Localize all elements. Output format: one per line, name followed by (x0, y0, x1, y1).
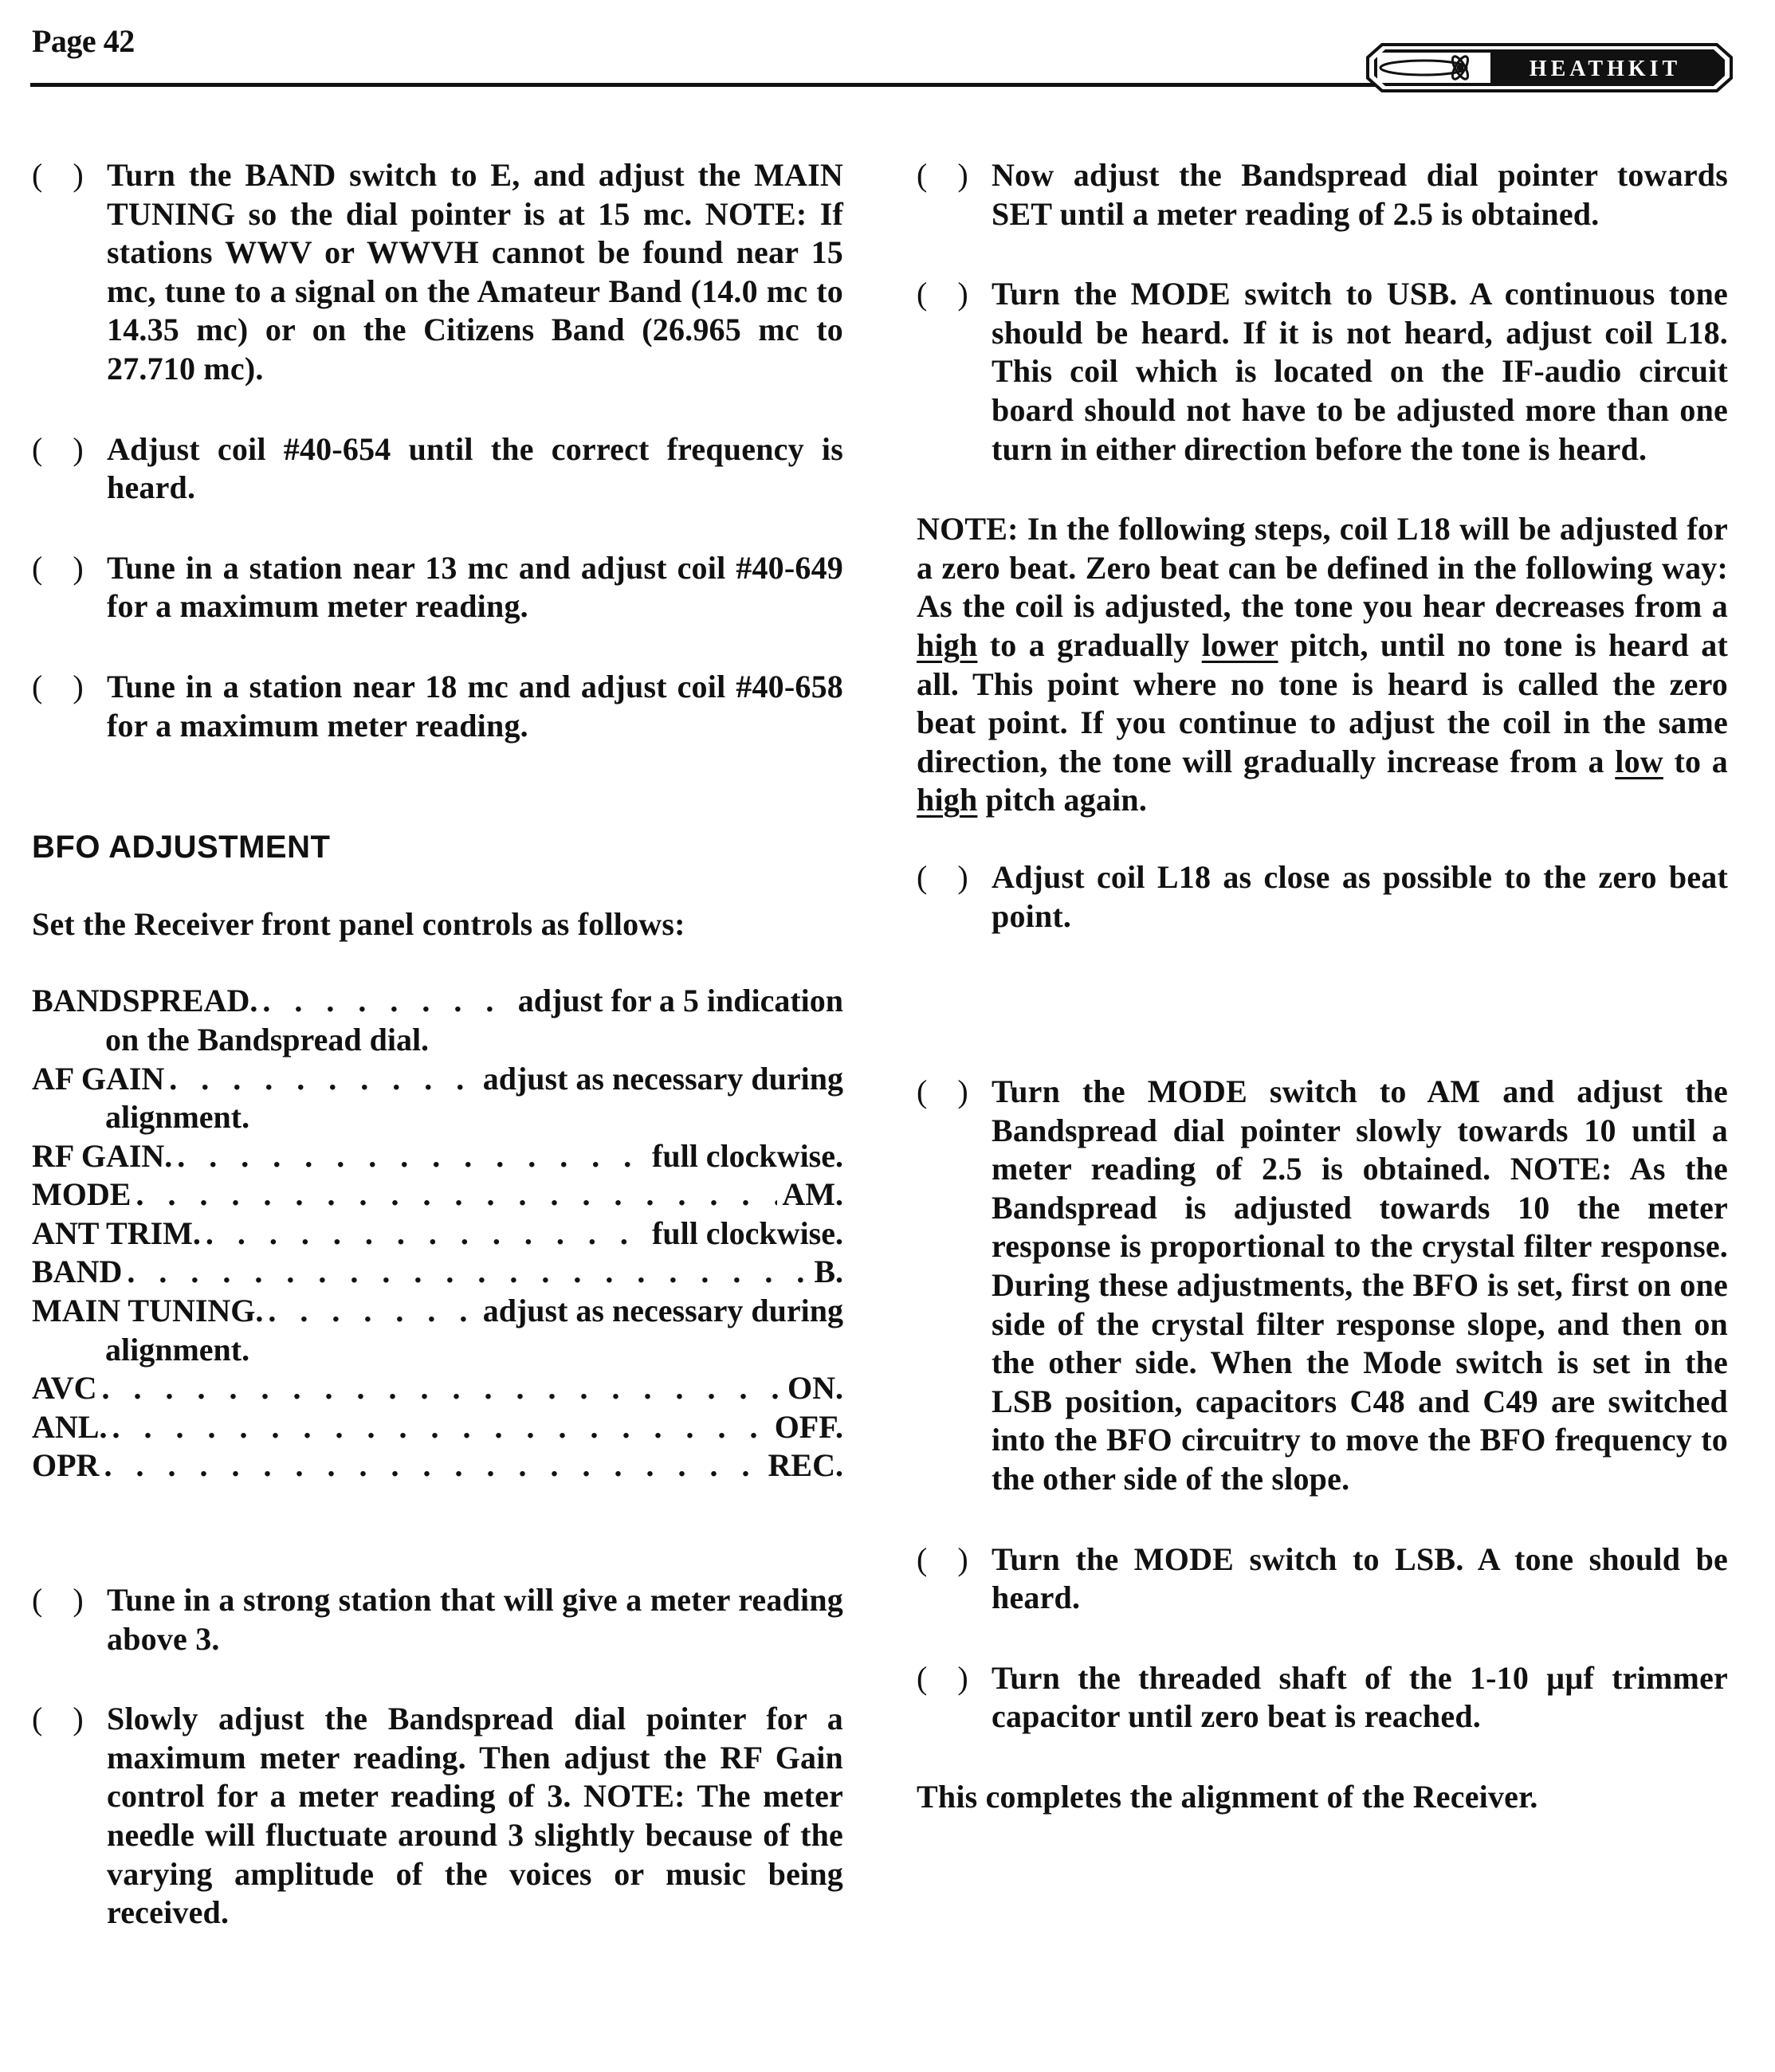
note-text: pitch again. (977, 782, 1147, 818)
setting-name: BAND (32, 1253, 122, 1292)
note-text: to a gradually (977, 627, 1201, 663)
header-rule (30, 83, 1377, 87)
step-item: ( ) Turn the BAND switch to E, and adjus… (32, 156, 843, 389)
leader-dots (135, 1175, 777, 1215)
setting-row: OPR REC. (32, 1446, 843, 1485)
step-checkbox[interactable]: ( ) (32, 668, 95, 707)
settings-intro: Set the Receiver front panel controls as… (32, 905, 843, 944)
step-text: Turn the MODE switch to USB. A continuou… (992, 276, 1728, 466)
setting-row: ANL. OFF. (32, 1408, 843, 1447)
leader-dots (127, 1253, 809, 1292)
emphasis-high: high (917, 627, 977, 663)
closing-statement: This completes the alignment of the Rece… (917, 1778, 1728, 1817)
setting-name: MAIN TUNING. (32, 1292, 263, 1331)
step-checkbox[interactable]: ( ) (917, 1659, 980, 1698)
leader-dots (268, 1292, 477, 1331)
setting-value: adjust as necessary during (483, 1292, 843, 1331)
setting-name: AF GAIN (32, 1060, 164, 1099)
step-checkbox[interactable]: ( ) (32, 549, 95, 588)
setting-row: AVC ON. (32, 1369, 843, 1408)
step-text: Turn the MODE switch to AM and adjust th… (992, 1073, 1728, 1497)
setting-continuation: on the Bandspread dial. (32, 1021, 843, 1060)
step-checkbox[interactable]: ( ) (32, 1700, 95, 1739)
setting-name: OPR (32, 1446, 99, 1485)
setting-row: MODE AM. (32, 1175, 843, 1215)
setting-row: MAIN TUNING. adjust as necessary during (32, 1292, 843, 1331)
setting-value: adjust for a 5 indication (518, 982, 843, 1021)
step-text: Turn the BAND switch to E, and adjust th… (107, 157, 843, 387)
setting-value: adjust as necessary during (483, 1060, 843, 1099)
setting-row: AF GAIN adjust as necessary during (32, 1060, 843, 1099)
step-text: Tune in a station near 18 mc and adjust … (107, 669, 843, 744)
setting-value: OFF. (775, 1408, 843, 1447)
setting-value: full clockwise. (652, 1137, 843, 1176)
setting-name: ANL. (32, 1408, 107, 1447)
step-text: Tune in a station near 13 mc and adjust … (107, 550, 843, 625)
setting-value: ON. (787, 1369, 843, 1408)
left-column: ( ) Turn the BAND switch to E, and adjus… (32, 156, 843, 1933)
setting-value: REC. (768, 1446, 843, 1485)
step-text: Tune in a strong station that will give … (107, 1582, 843, 1657)
setting-name: BANDSPREAD. (32, 982, 257, 1021)
right-column: ( ) Now adjust the Bandspread dial point… (917, 156, 1728, 1817)
heathkit-logo: HEATHKIT (1366, 41, 1733, 94)
step-checkbox[interactable]: ( ) (32, 430, 95, 469)
setting-continuation: alignment. (32, 1098, 843, 1137)
step-item: ( ) Turn the MODE switch to LSB. A tone … (917, 1540, 1728, 1618)
emphasis-high: high (917, 782, 977, 818)
step-text: Now adjust the Bandspread dial pointer t… (992, 157, 1728, 232)
leader-dots (169, 1060, 477, 1099)
setting-value: AM. (782, 1175, 843, 1215)
step-item: ( ) Turn the MODE switch to USB. A conti… (917, 275, 1728, 469)
setting-continuation: alignment. (32, 1331, 843, 1370)
setting-name: MODE (32, 1175, 131, 1215)
leader-dots (102, 1369, 783, 1408)
emphasis-low: low (1615, 744, 1663, 779)
step-text: Turn the MODE switch to LSB. A tone shou… (992, 1541, 1728, 1616)
step-item: ( ) Adjust coil #40-654 until the correc… (32, 430, 843, 508)
step-checkbox[interactable]: ( ) (917, 858, 980, 897)
step-checkbox[interactable]: ( ) (32, 156, 95, 195)
leader-dots (104, 1446, 763, 1485)
step-item: ( ) Tune in a strong station that will g… (32, 1581, 843, 1658)
step-item: ( ) Tune in a station near 18 mc and adj… (32, 668, 843, 745)
leader-dots (177, 1137, 647, 1176)
step-checkbox[interactable]: ( ) (917, 1073, 980, 1112)
note-text: to a (1663, 744, 1728, 779)
step-item: ( ) Slowly adjust the Bandspread dial po… (32, 1700, 843, 1933)
step-item: ( ) Turn the threaded shaft of the 1-10 … (917, 1659, 1728, 1736)
setting-row: BANDSPREAD. adjust for a 5 indication (32, 982, 843, 1021)
leader-dots (262, 982, 512, 1021)
emphasis-lower: lower (1202, 627, 1278, 663)
leader-dots (206, 1215, 647, 1254)
zero-beat-note: NOTE: In the following steps, coil L18 w… (917, 510, 1728, 820)
control-settings-list: BANDSPREAD. adjust for a 5 indication on… (32, 982, 843, 1485)
leader-dots (112, 1408, 769, 1447)
section-heading: BFO ADJUSTMENT (32, 828, 843, 867)
step-text: Turn the threaded shaft of the 1-10 µµf … (992, 1660, 1728, 1735)
step-text: Adjust coil #40-654 until the correct fr… (107, 431, 843, 506)
setting-name: AVC (32, 1369, 97, 1408)
step-checkbox[interactable]: ( ) (917, 1540, 980, 1580)
step-text: Adjust coil L18 as close as possible to … (992, 859, 1728, 934)
step-checkbox[interactable]: ( ) (917, 156, 980, 195)
step-checkbox[interactable]: ( ) (917, 275, 980, 314)
note-text: NOTE: In the following steps, coil L18 w… (917, 511, 1728, 624)
page-number: Page 42 (32, 22, 135, 60)
setting-name: ANT TRIM. (32, 1215, 201, 1254)
setting-row: BAND B. (32, 1253, 843, 1292)
step-item: ( ) Adjust coil L18 as close as possible… (917, 858, 1728, 936)
setting-value: full clockwise. (652, 1215, 843, 1254)
step-item: ( ) Now adjust the Bandspread dial point… (917, 156, 1728, 233)
step-item: ( ) Turn the MODE switch to AM and adjus… (917, 1073, 1728, 1499)
step-text: Slowly adjust the Bandspread dial pointe… (107, 1701, 843, 1930)
setting-value: B. (814, 1253, 843, 1292)
setting-row: RF GAIN. full clockwise. (32, 1137, 843, 1176)
setting-name: RF GAIN. (32, 1137, 172, 1176)
brand-name: HEATHKIT (1530, 57, 1681, 81)
setting-row: ANT TRIM. full clockwise. (32, 1215, 843, 1254)
step-item: ( ) Tune in a station near 13 mc and adj… (32, 549, 843, 626)
step-checkbox[interactable]: ( ) (32, 1581, 95, 1620)
